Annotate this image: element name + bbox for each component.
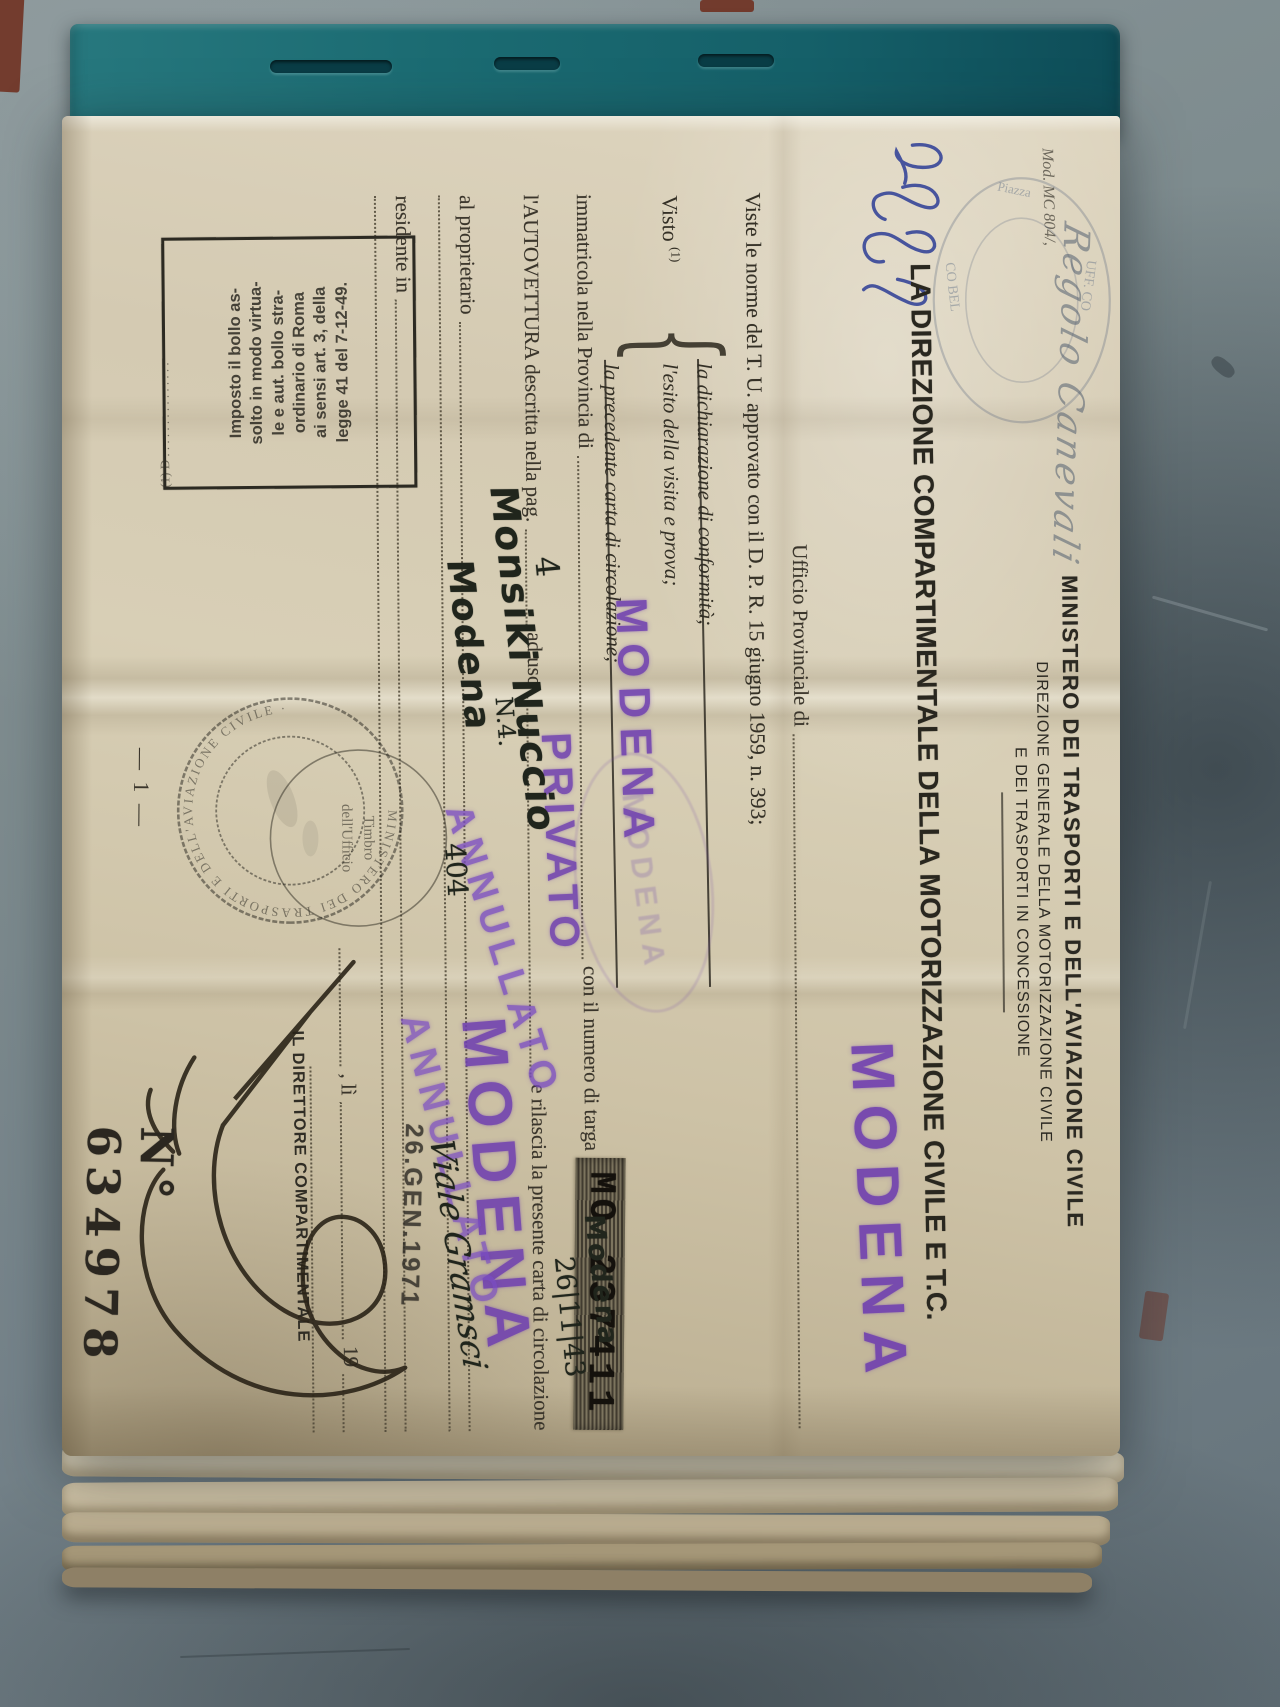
form-content: Mod. MC 804/, UFF. CO Piazza CO BEL Rego… — [62, 116, 1120, 1456]
direzione-generale-line: DIREZIONE GENERALE DELLA MOTORIZZAZIONE … — [1029, 382, 1056, 1422]
page-stack-edge — [62, 1512, 1110, 1546]
modena-stamp-header: MODENA — [837, 1040, 921, 1387]
numero-targa-label: con il numero di targa — [578, 966, 605, 1151]
bollo-line: ai sensi art. 3, della — [310, 243, 334, 481]
ufficio-provinciale-row: Ufficio Provinciale di — [787, 544, 820, 1428]
proprietario-label: al proprietario — [454, 195, 480, 315]
table-stain — [1209, 353, 1238, 380]
faint-modena-text: MODENA — [614, 791, 673, 974]
viste-norme-line: Viste le norme del T. U. approvato con i… — [740, 192, 771, 825]
bollo-box-text: Imposto il bollo as- solto in modo virtu… — [168, 243, 410, 483]
visto-item-esito: l'esito della visita e prova; — [657, 363, 684, 586]
table-scratch — [180, 1648, 410, 1658]
visto-brace: { — [608, 325, 746, 364]
red-paint-mark — [0, 0, 25, 93]
dotted-line — [793, 734, 806, 1428]
bollo-line: solto in modo virtua- — [245, 244, 269, 482]
page-stack-edge — [62, 1567, 1092, 1592]
proprietario-handwriting: Monsiki Nuccio — [481, 486, 565, 833]
visto-footnote-ref: (1) — [668, 247, 683, 262]
header-rule — [1001, 792, 1005, 1012]
form-footnote: (1) D . . . . . . . . . . . . . . . — [155, 242, 173, 488]
pag-handwriting: 4 — [527, 555, 567, 579]
autovettura-label: l'AUTOVETTURA descritta nella pag. — [518, 194, 546, 522]
photo-scene: Mod. MC 804/, UFF. CO Piazza CO BEL Rego… — [0, 0, 1280, 1707]
visto-label: Visto (1) — [657, 195, 684, 262]
binding-stitch-slot — [494, 57, 560, 70]
bollo-line: legge 41 del 7-12-49. — [331, 243, 355, 481]
faint-stamp-text: Piazza — [996, 179, 1032, 201]
timbro-label-2: dell'Ufficio — [338, 804, 355, 872]
serial-number: N° 634978 — [72, 1125, 184, 1456]
document-page-wrapper: Mod. MC 804/, UFF. CO Piazza CO BEL Rego… — [62, 116, 1120, 1456]
table-scratch — [1152, 596, 1268, 632]
page-number: — 1 — — [128, 748, 155, 829]
bollo-line: le e aut. bollo stra- — [267, 244, 291, 482]
bollo-line: Imposto il bollo as- — [224, 244, 248, 482]
form-header: MINISTERO DEI TRASPORTI E DELL'AVIAZIONE… — [997, 382, 1089, 1423]
binding-stitch-slot — [698, 54, 774, 67]
red-paint-dash — [700, 0, 754, 12]
bollo-line: ordinario di Roma — [288, 243, 312, 481]
visto-word: Visto — [658, 195, 683, 242]
bollo-box: Imposto il bollo as- solto in modo virtu… — [161, 236, 417, 490]
document-page: Mod. MC 804/, UFF. CO Piazza CO BEL Rego… — [62, 116, 1120, 1456]
binding-stitch-slot — [270, 60, 392, 73]
page-stack-edge — [62, 1477, 1118, 1517]
table-scratch — [1183, 881, 1212, 1029]
immatricola-label: immatricola nella Provincia di — [571, 194, 598, 449]
red-smudge — [1139, 1291, 1169, 1342]
ufficio-provinciale-label: Ufficio Provinciale di — [787, 544, 814, 727]
